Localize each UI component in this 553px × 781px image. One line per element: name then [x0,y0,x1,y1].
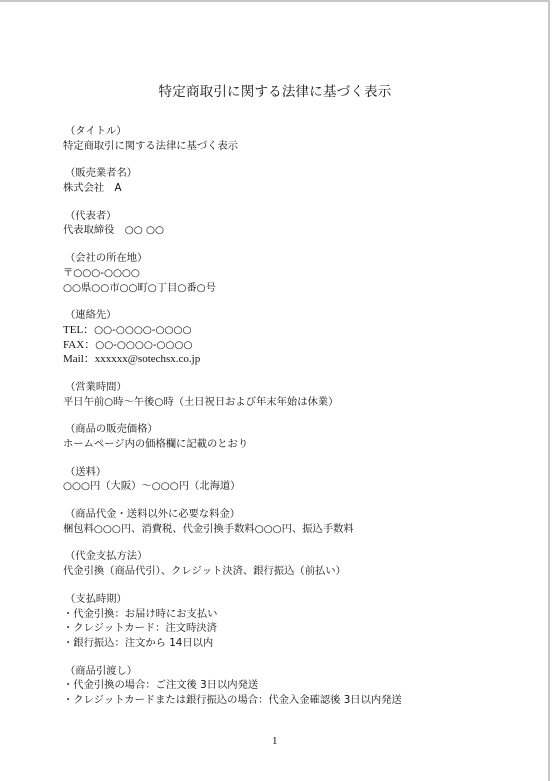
section-heading: （商品引渡し） [65,664,523,679]
section-business-hours: （営業時間） 平日午前○時～午後○時（土日祝日および年末年始は休業） [63,380,523,409]
section-heading: （連絡先） [65,308,523,323]
section-company-address: （会社の所在地） 〒○○○-○○○○ ○○県○○市○○町○丁目○番○号 [63,251,523,295]
section-representative: （代表者） 代表取締役 ○○ ○○ [63,209,523,238]
postal-code: 〒○○○-○○○○ [63,266,523,281]
contact-tel: TEL：○○-○○○○-○○○○ [63,323,523,338]
list-item: ・クレジットカード：注文時決済 [63,621,523,636]
section-delivery: （商品引渡し） ・代金引換の場合：ご注文後 3日以内発送 ・クレジットカードまた… [63,664,523,708]
contact-value: ○○-○○○○-○○○○ [95,339,192,351]
list-item: ・クレジットカードまたは銀行振込の場合：代金入金確認後 3日以内発送 [63,693,523,708]
section-heading: （代金支払方法） [65,549,523,564]
section-payment-methods: （代金支払方法） 代金引換（商品代引）、クレジット決済、銀行振込（前払い） [63,549,523,578]
section-payment-timing: （支払時期） ・代金引換：お届け時にお支払い ・クレジットカード：注文時決済 ・… [63,592,523,651]
contact-label: FAX： [63,339,95,351]
section-line: 特定商取引に関する法律に基づく表示 [63,139,523,154]
section-title: （タイトル） 特定商取引に関する法律に基づく表示 [63,124,523,153]
section-line: 梱包料○○○円、消費税、代金引換手数料○○○円、振込手数料 [63,522,523,537]
list-item: ・代金引換：お届け時にお支払い [63,607,523,622]
street-address: ○○県○○市○○町○丁目○番○号 [63,281,523,296]
section-line: 株式会社 A [63,181,523,196]
section-line: 代表取締役 ○○ ○○ [63,223,523,238]
section-heading: （販売業者名） [65,166,523,181]
section-heading: （支払時期） [65,592,523,607]
document-page: 特定商取引に関する法律に基づく表示 （タイトル） 特定商取引に関する法律に基づく… [0,0,550,781]
section-shipping: （送料） ○○○円（大阪）～○○○円（北海道） [63,465,523,494]
document-body: （タイトル） 特定商取引に関する法律に基づく表示 （販売業者名） 株式会社 A … [63,124,523,721]
section-line: 平日午前○時～午後○時（土日祝日および年末年始は休業） [63,395,523,410]
section-sales-price: （商品の販売価格） ホームページ内の価格欄に記載のとおり [63,422,523,451]
contact-fax: FAX：○○-○○○○-○○○○ [63,338,523,353]
contact-label: TEL： [63,324,94,336]
document-title: 特定商取引に関する法律に基づく表示 [0,80,550,100]
section-line: ○○○円（大阪）～○○○円（北海道） [63,479,523,494]
section-heading: （営業時間） [65,380,523,395]
contact-value: ○○-○○○○-○○○○ [94,324,191,336]
section-heading: （タイトル） [65,124,523,139]
section-contact: （連絡先） TEL：○○-○○○○-○○○○ FAX：○○-○○○○-○○○○ … [63,308,523,367]
section-heading: （送料） [65,465,523,480]
section-heading: （商品の販売価格） [65,422,523,437]
section-line: ホームページ内の価格欄に記載のとおり [63,437,523,452]
section-heading: （会社の所在地） [65,251,523,266]
section-line: 代金引換（商品代引）、クレジット決済、銀行振込（前払い） [63,564,523,579]
page-number: 1 [272,735,278,747]
section-additional-fees: （商品代金・送料以外に必要な料金） 梱包料○○○円、消費税、代金引換手数料○○○… [63,507,523,536]
list-item: ・代金引換の場合：ご注文後 3日以内発送 [63,678,523,693]
contact-label: Mail： [63,353,95,365]
list-item: ・銀行振込：注文から 14日以内 [63,636,523,651]
section-heading: （商品代金・送料以外に必要な料金） [65,507,523,522]
contact-mail: Mail：xxxxxx@sotechsx.co.jp [63,352,523,367]
section-heading: （代表者） [65,209,523,224]
contact-email-link[interactable]: xxxxxx@sotechsx.co.jp [95,353,200,365]
section-seller-name: （販売業者名） 株式会社 A [63,166,523,195]
